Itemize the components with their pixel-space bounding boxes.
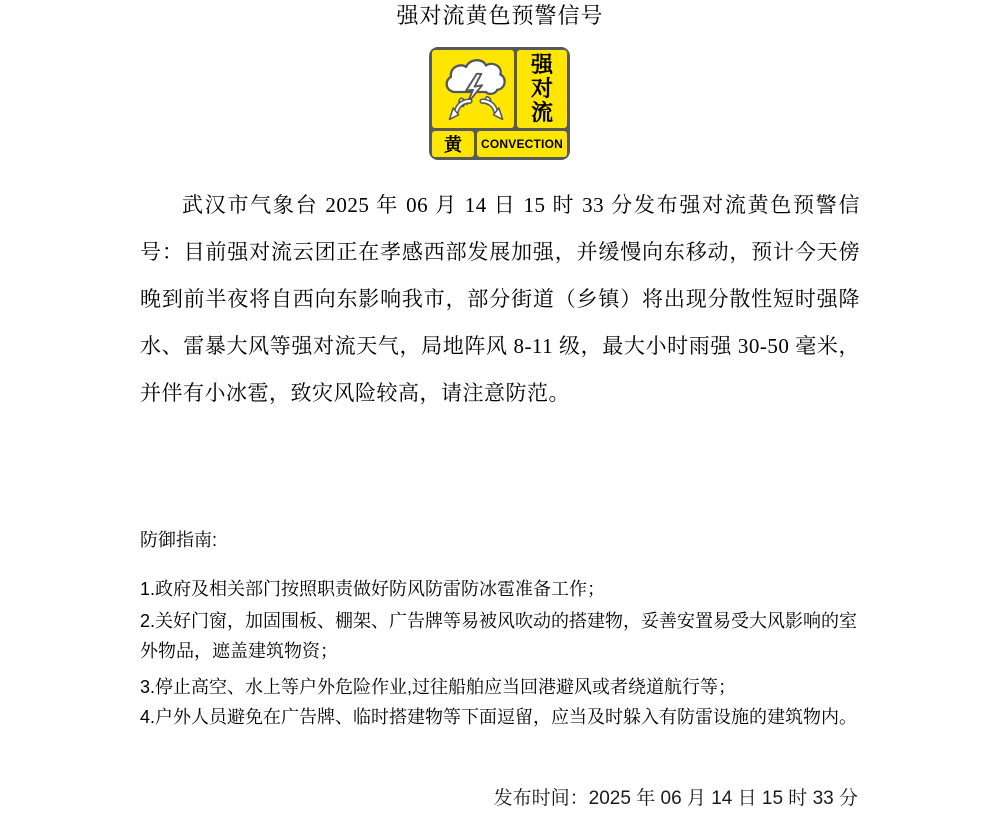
badge-bottom-row: 黄 CONVECTION [432,131,567,157]
defense-guide-heading: 防御指南: [140,527,872,553]
defense-guide-item: 2.关好门窗，加固围板、棚架、广告牌等易被风吹动的搭建物，妥善安置易受大风影响的… [140,606,872,666]
badge-name-char: 对 [531,77,553,101]
badge-warning-name-cn: 强 对 流 [517,50,567,128]
badge-level-label: 黄 [432,131,474,157]
wind-gust-arrow-left-icon [449,101,470,119]
warning-bulletin-page: 强对流黄色预警信号 [0,0,1000,824]
badge-icon-cell [432,50,514,128]
convection-yellow-warning-badge: 强 对 流 黄 CONVECTION [429,47,570,160]
warning-bulletin-text: 武汉市气象台 2025 年 06 月 14 日 15 时 33 分发布强对流黄色… [140,182,860,417]
defense-guide-item: 4.户外人员避免在广告牌、临时搭建物等下面逗留，应当及时躲入有防雷设施的建筑物内… [140,702,872,732]
publish-time: 发布时间：2025 年 06 月 14 日 15 时 33 分 [140,786,858,812]
defense-guide-item: 3.停止高空、水上等户外危险作业,过往船舶应当回港避风或者绕道航行等； [140,672,872,702]
wind-gust-arrow-right-icon [482,101,503,119]
convection-weather-icon [435,53,511,125]
badge-top-row: 强 对 流 [432,50,567,128]
page-title: 强对流黄色预警信号 [0,2,1000,30]
badge-name-char: 流 [531,101,553,125]
defense-guide-item: 1.政府及相关部门按照职责做好防风防雷防冰雹准备工作； [140,574,872,604]
badge-name-char: 强 [531,53,553,77]
badge-warning-name-en: CONVECTION [477,131,567,157]
